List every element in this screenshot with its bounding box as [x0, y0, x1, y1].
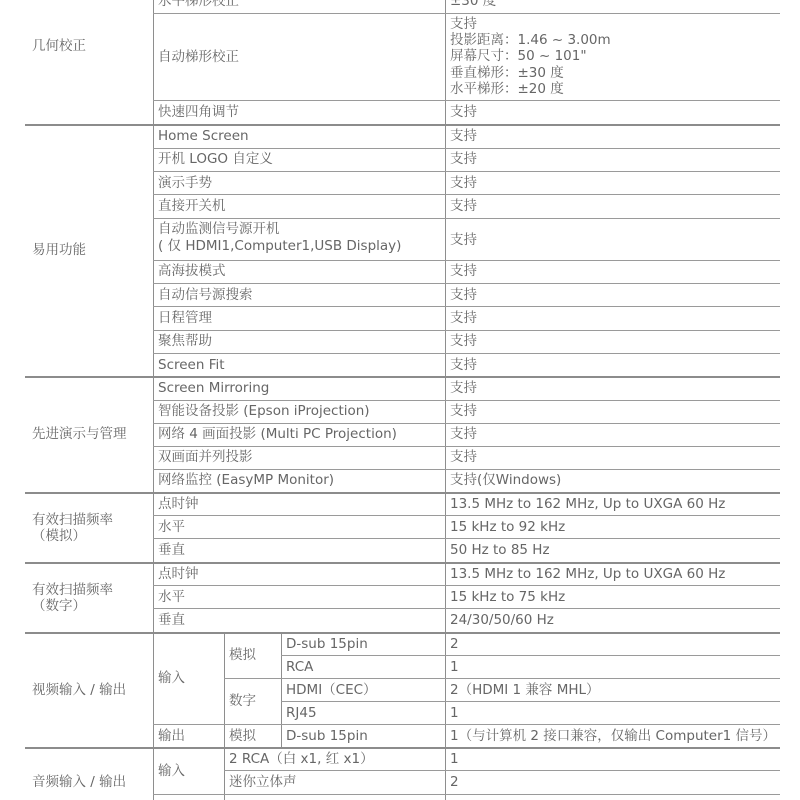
- row-label: 网络 4 画面投影 (Multi PC Projection): [158, 426, 397, 443]
- row-line: [153, 13, 780, 14]
- row-line: [224, 770, 780, 771]
- port-value: 1: [450, 705, 459, 722]
- group-line: [25, 562, 780, 564]
- row-label: 点时钟: [158, 566, 199, 583]
- row-label: 日程管理: [158, 310, 212, 327]
- row-label: 水平: [158, 519, 185, 536]
- row-value: 支持: [450, 128, 477, 145]
- group-ease-of-use: 易用功能: [32, 242, 86, 259]
- row-line: [153, 724, 780, 725]
- audio-input-label: 输入: [158, 763, 185, 780]
- row-value: 24/30/50/60 Hz: [450, 612, 554, 629]
- group-video-io: 视频输入 / 输出: [32, 682, 126, 699]
- row-label: 垂直: [158, 612, 185, 629]
- row-label: 直接开关机: [158, 198, 226, 215]
- video-digital-label: 数字: [229, 693, 256, 710]
- row-line: [153, 283, 780, 284]
- row-value-line: 屏幕尺寸：50 ~ 101": [450, 48, 587, 65]
- row-value: 支持: [450, 357, 477, 374]
- row-value: 13.5 MHz to 162 MHz, Up to UXGA 60 Hz: [450, 566, 725, 583]
- row-label: Screen Fit: [158, 357, 225, 374]
- row-line: [153, 260, 780, 261]
- row-label: 智能设备投影 (Epson iProjection): [158, 403, 370, 420]
- group-line: [25, 492, 780, 494]
- row-line: [153, 194, 780, 195]
- row-line: [153, 608, 780, 609]
- row-label: 演示手势: [158, 175, 212, 192]
- port-value: 1（与计算机 2 接口兼容，仅输出 Computer1 信号）: [450, 728, 776, 745]
- video-input-label: 输入: [158, 670, 185, 687]
- row-label: 水平梯形校正: [158, 0, 239, 10]
- row-line: [153, 353, 780, 354]
- row-value: 支持: [450, 198, 477, 215]
- row-value-line: 垂直梯形：±30 度: [450, 65, 564, 82]
- group-scan-analog-sub: （模拟）: [32, 528, 86, 545]
- group-line: [25, 376, 780, 378]
- row-value: 支持: [450, 403, 477, 420]
- port-label: D-sub 15pin: [286, 636, 368, 653]
- row-label: 高海拔模式: [158, 263, 226, 280]
- row-line: [153, 538, 780, 539]
- port-label: RJ45: [286, 705, 317, 722]
- row-label: Home Screen: [158, 128, 249, 145]
- row-line: [153, 330, 780, 331]
- row-value: 15 kHz to 92 kHz: [450, 519, 565, 536]
- port-value: 1: [450, 751, 459, 768]
- row-label: 自动监测信号源开机: [158, 221, 280, 238]
- port-label: RCA: [286, 659, 313, 676]
- col-divider-video-sub2: [281, 632, 282, 748]
- row-line: [153, 423, 780, 424]
- row-value-line: 投影距离：1.46 ~ 3.00m: [450, 32, 611, 49]
- row-label: 开机 LOGO 自定义: [158, 151, 273, 168]
- group-line: [25, 632, 780, 634]
- row-value: 15 kHz to 75 kHz: [450, 589, 565, 606]
- row-line: [153, 469, 780, 470]
- row-value: 支持: [450, 175, 477, 192]
- port-value: 2（HDMI 1 兼容 MHL）: [450, 682, 600, 699]
- row-value-line: 支持: [450, 16, 477, 33]
- port-value: 2: [450, 636, 459, 653]
- row-value: 支持: [450, 232, 477, 249]
- row-label-note: ( 仅 HDMI1,Computer1,USB Display): [158, 238, 401, 255]
- row-label: 自动信号源搜索: [158, 287, 253, 304]
- row-label: Screen Mirroring: [158, 380, 269, 397]
- row-line: [153, 515, 780, 516]
- row-line: [153, 446, 780, 447]
- group-scan-digital: 有效扫描频率: [32, 582, 113, 599]
- col-divider-video-sub1: [224, 632, 225, 800]
- row-line: [153, 585, 780, 586]
- row-value: 支持: [450, 287, 477, 304]
- video-output-analog-label: 模拟: [229, 728, 256, 745]
- port-value: 2: [450, 774, 459, 791]
- row-value: 支持: [450, 426, 477, 443]
- video-output-label: 输出: [158, 728, 185, 745]
- row-line: [281, 701, 780, 702]
- row-line: [153, 171, 780, 172]
- row-label: 水平: [158, 589, 185, 606]
- row-label: 聚焦帮助: [158, 333, 212, 350]
- row-value: ±30 度: [450, 0, 496, 10]
- row-value: 支持: [450, 310, 477, 327]
- group-scan-analog: 有效扫描频率: [32, 512, 113, 529]
- port-label: HDMI（CEC）: [286, 682, 377, 699]
- video-analog-label: 模拟: [229, 647, 256, 664]
- group-line: [25, 124, 780, 126]
- row-line: [224, 678, 780, 679]
- row-label: 点时钟: [158, 496, 199, 513]
- group-line: [25, 747, 780, 749]
- spec-table: 水平梯形校正 ±30 度 几何校正 自动梯形校正 支持 投影距离：1.46 ~ …: [0, 0, 800, 800]
- row-label: 垂直: [158, 542, 185, 559]
- row-line: [153, 794, 780, 795]
- row-label: 自动梯形校正: [158, 49, 239, 66]
- row-line: [153, 148, 780, 149]
- row-value: 支持(仅Windows): [450, 472, 561, 489]
- port-label: 2 RCA（白 x1, 红 x1）: [229, 751, 374, 768]
- row-value: 支持: [450, 380, 477, 397]
- port-value: 1: [450, 659, 459, 676]
- row-value: 50 Hz to 85 Hz: [450, 542, 550, 559]
- group-audio-io: 音频输入 / 输出: [32, 774, 126, 791]
- row-line: [281, 655, 780, 656]
- row-line: [153, 400, 780, 401]
- port-label: 迷你立体声: [229, 774, 297, 791]
- row-value-line: 水平梯形：±20 度: [450, 81, 564, 98]
- row-value: 支持: [450, 449, 477, 466]
- row-value: 支持: [450, 151, 477, 168]
- row-label: 双画面并列投影: [158, 449, 253, 466]
- row-line: [153, 218, 780, 219]
- row-value: 13.5 MHz to 162 MHz, Up to UXGA 60 Hz: [450, 496, 725, 513]
- group-geometry: 几何校正: [32, 38, 86, 55]
- row-value: 支持: [450, 333, 477, 350]
- group-advanced: 先进演示与管理: [32, 426, 127, 443]
- port-label: D-sub 15pin: [286, 728, 368, 745]
- group-scan-digital-sub: （数字）: [32, 598, 86, 615]
- row-value: 支持: [450, 263, 477, 280]
- row-value: 支持: [450, 104, 477, 121]
- row-label: 网络监控 (EasyMP Monitor): [158, 472, 334, 489]
- row-label: 快速四角调节: [158, 104, 239, 121]
- row-line: [153, 306, 780, 307]
- row-line: [153, 100, 780, 101]
